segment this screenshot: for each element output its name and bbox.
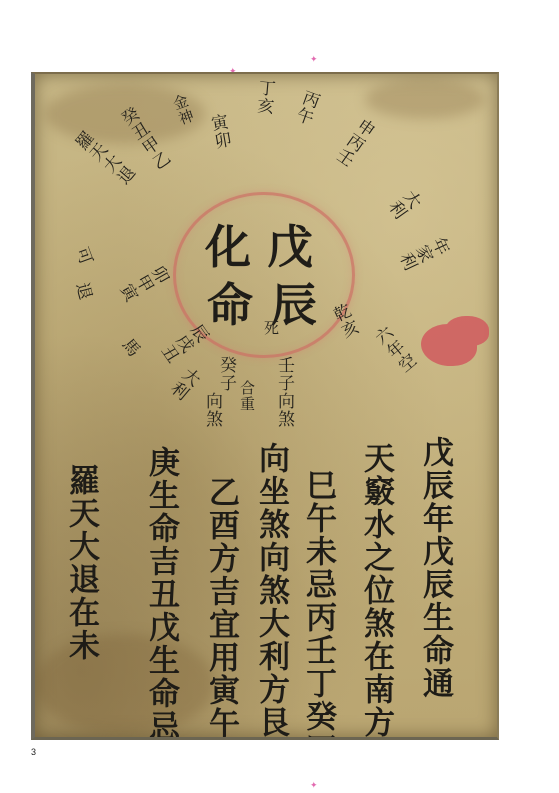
text-column-1: 戊辰年戊辰生命通 xyxy=(419,436,450,700)
page-number: 3 xyxy=(31,747,36,757)
radial-text: 年家利 xyxy=(395,232,451,270)
scan-mark-top-center: ✦ xyxy=(310,54,318,65)
radial-text: 申丙壬 xyxy=(331,114,376,168)
radial-text: 向煞 xyxy=(275,392,292,428)
radial-text: 大利 xyxy=(165,363,201,402)
paper-stain xyxy=(35,634,215,734)
radial-text: 向煞 xyxy=(203,392,220,428)
manuscript-page: 戊 辰 化 命 羅天大退 癸丑甲乙 金神 寅卯 丁亥 丙午 申丙壬 大利 年家利… xyxy=(31,72,499,740)
radial-text: 馬 xyxy=(117,333,142,358)
radial-text: 合重 xyxy=(239,380,254,412)
radial-text: 壬子 xyxy=(275,356,292,392)
radial-text: 可 xyxy=(72,242,95,264)
radial-text: 死 xyxy=(263,320,278,336)
text-column-2: 天竅水之位煞在南方 xyxy=(360,442,391,739)
radial-text: 卯甲寅 xyxy=(116,260,171,302)
radial-text: 丙午 xyxy=(291,87,319,127)
radial-text: 六年空 xyxy=(370,325,418,377)
center-char-wu: 戊 xyxy=(267,224,313,270)
radial-text: 癸子 xyxy=(217,356,234,392)
text-column-5: 乙酉方吉宜用寅午酉 xyxy=(205,476,236,740)
center-char-hua: 化 xyxy=(205,224,251,270)
radial-text: 退 xyxy=(73,277,95,298)
text-column-4: 向坐煞向煞大利方艮 xyxy=(255,442,286,739)
scan-mark-bottom: ✦ xyxy=(310,780,318,791)
radial-text: 乾亥 xyxy=(328,302,359,342)
text-column-3: 巳午未忌丙壬丁癸四 xyxy=(302,469,333,740)
radial-text: 辰戌丑 xyxy=(157,319,211,364)
radial-text: 寅卯 xyxy=(207,113,230,151)
text-column-6: 庚生命吉丑戊生命忌 xyxy=(145,446,176,740)
radial-text: 大利 xyxy=(384,185,423,220)
text-column-7: 羅天大退在未 xyxy=(65,464,96,662)
center-char-ming: 命 xyxy=(207,282,253,328)
paper-stain xyxy=(365,79,485,119)
radial-text: 丁亥 xyxy=(253,78,273,115)
red-seal-mark xyxy=(421,324,477,366)
